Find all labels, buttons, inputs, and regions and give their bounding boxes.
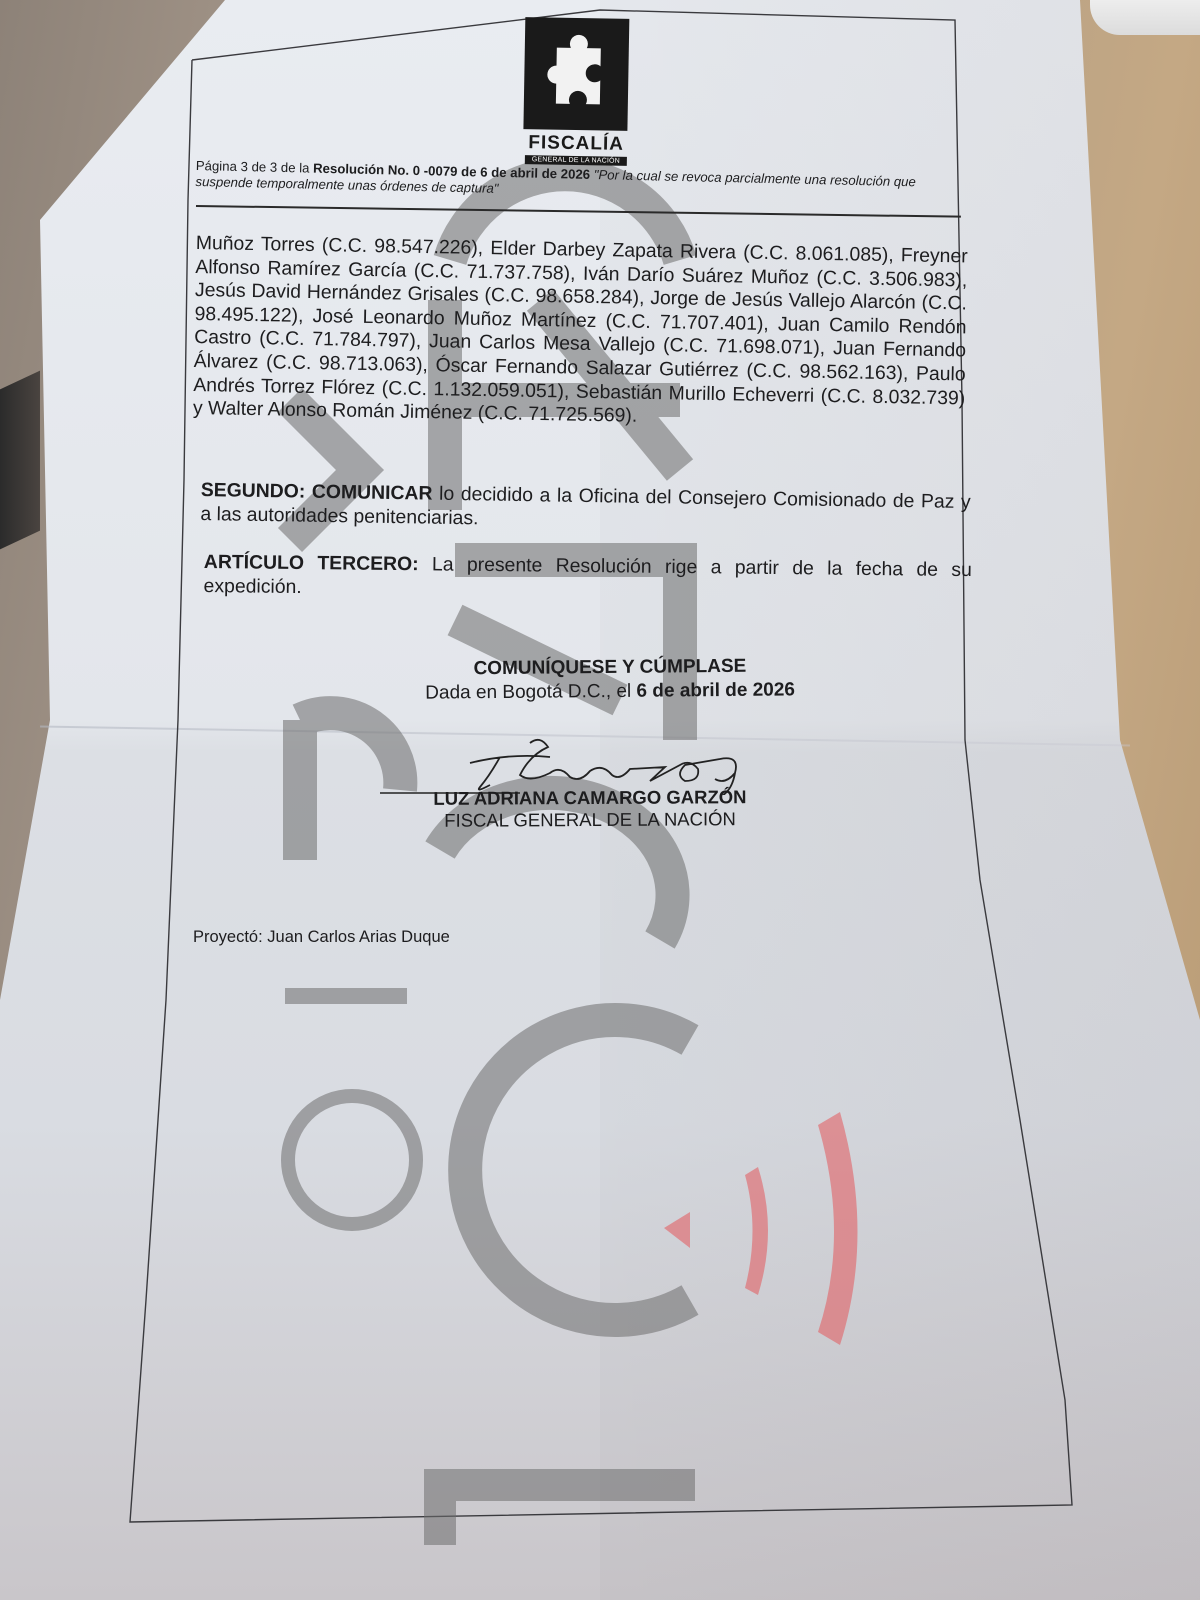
articulo-tercero-paragraph: ARTÍCULO TERCERO: La presente Resolución… — [203, 550, 971, 606]
closing-place-date: Dada en Bogotá D.C., el 6 de abril de 20… — [400, 678, 820, 706]
segundo-label: SEGUNDO: COMUNICAR — [201, 479, 433, 505]
articulo-tercero-label: ARTÍCULO TERCERO: — [204, 551, 419, 575]
closing-place: Dada en Bogotá D.C., el — [425, 681, 636, 704]
page-header: Página 3 de 3 de la Resolución No. 0 -00… — [195, 158, 966, 207]
header-divider — [196, 205, 961, 217]
page-number: Página 3 de 3 de la — [196, 158, 314, 176]
signer-title: FISCAL GENERAL DE LA NACIÓN — [400, 808, 780, 832]
signer-block: LUZ ADRIANA CAMARGO GARZÓN FISCAL GENERA… — [400, 786, 780, 832]
closing-date: 6 de abril de 2026 — [636, 679, 795, 701]
closing-block: COMUNÍQUESE Y CÚMPLASE Dada en Bogotá D.… — [400, 654, 820, 706]
segundo-paragraph: SEGUNDO: COMUNICAR lo decidido a la Ofic… — [200, 478, 971, 538]
closing-title: COMUNÍQUESE Y CÚMPLASE — [400, 654, 820, 682]
resolution-document: Página 3 de 3 de la Resolución No. 0 -00… — [0, 0, 1200, 1600]
signer-name: LUZ ADRIANA CAMARGO GARZÓN — [400, 786, 780, 810]
drafted-by: Proyectó: Juan Carlos Arias Duque — [193, 928, 450, 947]
names-list-paragraph: Muñoz Torres (C.C. 98.547.226), Elder Da… — [193, 232, 968, 434]
